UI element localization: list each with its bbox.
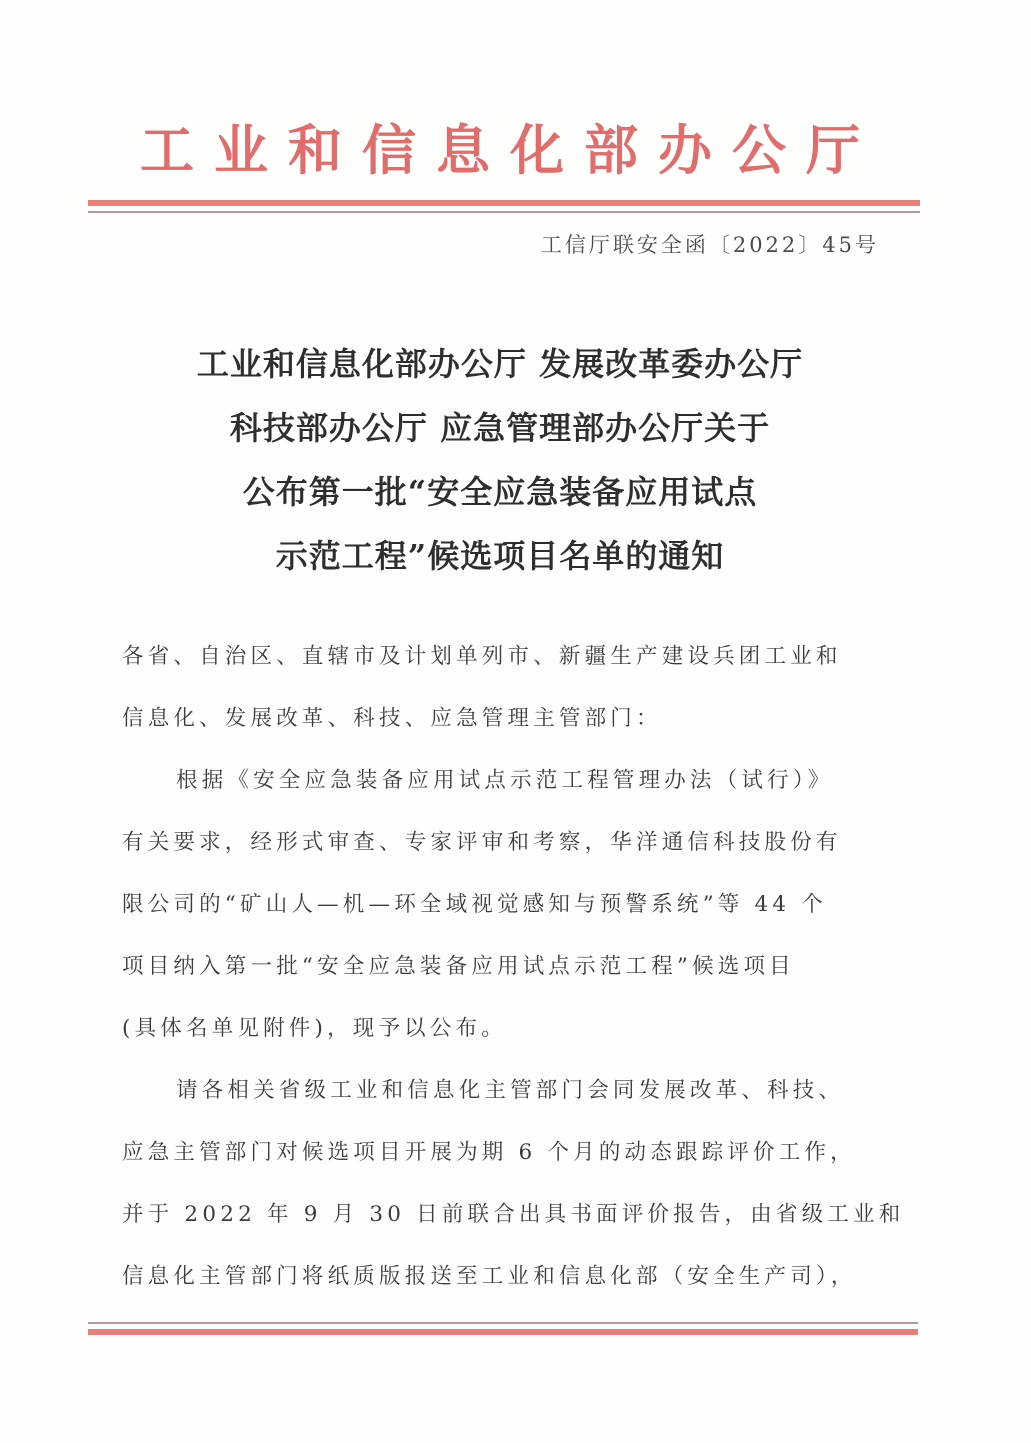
body-line: 项目纳入第一批“安全应急装备应用试点示范工程”候选项目 [122,936,882,998]
document-number: 工信厅联安全函〔2022〕45号 [541,230,879,260]
masthead-char: 部 [584,118,638,182]
title-line: 示范工程”候选项目名单的通知 [0,524,1000,588]
masthead-char: 化 [510,118,564,182]
masthead-title: 工 业 和 信 息 化 部 办 公 厅 [140,118,860,182]
body-line: 应急主管部门对候选项目开展为期 6 个月的动态跟踪评价工作， [122,1122,882,1184]
paragraph-1: 根据《安全应急装备应用试点示范工程管理办法（试行）》 有关要求，经形式审查、专家… [122,750,882,1060]
masthead-char: 公 [732,118,786,182]
masthead-char: 工 [140,118,194,182]
document-body: 各省、自治区、直辖市及计划单列市、新疆生产建设兵团工业和 信息化、发展改革、科技… [122,626,882,1308]
body-line: 请各相关省级工业和信息化主管部门会同发展改革、科技、 [122,1060,882,1122]
masthead-char: 业 [214,118,268,182]
document-page: 工 业 和 信 息 化 部 办 公 厅 工信厅联安全函〔2022〕45号 工业和… [0,0,1031,1443]
body-line: 各省、自治区、直辖市及计划单列市、新疆生产建设兵团工业和 [122,626,882,688]
body-line: 根据《安全应急装备应用试点示范工程管理办法（试行）》 [122,750,882,812]
masthead-char: 办 [658,118,712,182]
masthead-rule-thick [88,200,920,206]
paragraph-2: 请各相关省级工业和信息化主管部门会同发展改革、科技、 应急主管部门对候选项目开展… [122,1060,882,1308]
masthead-rule-thin [88,211,920,213]
masthead-char: 厅 [806,118,860,182]
document-title: 工业和信息化部办公厅 发展改革委办公厅 科技部办公厅 应急管理部办公厅关于 公布… [0,332,1000,588]
body-line: 信息化、发展改革、科技、应急管理主管部门： [122,688,882,750]
title-line: 科技部办公厅 应急管理部办公厅关于 [0,396,1000,460]
masthead-char: 和 [288,118,342,182]
salutation: 各省、自治区、直辖市及计划单列市、新疆生产建设兵团工业和 信息化、发展改革、科技… [122,626,882,750]
masthead-char: 信 [362,118,416,182]
body-line: 并于 2022 年 9 月 30 日前联合出具书面评价报告，由省级工业和 [122,1184,882,1246]
title-line: 公布第一批“安全应急装备应用试点 [0,460,1000,524]
body-line: 信息化主管部门将纸质版报送至工业和信息化部（安全生产司）， [122,1246,882,1308]
body-line: (具体名单见附件)，现予以公布。 [122,998,882,1060]
body-line: 有关要求，经形式审查、专家评审和考察，华洋通信科技股份有 [122,812,882,874]
masthead-char: 息 [436,118,490,182]
footer-rule-thin [88,1322,918,1324]
title-line: 工业和信息化部办公厅 发展改革委办公厅 [0,332,1000,396]
body-line: 限公司的“矿山人—机—环全域视觉感知与预警系统”等 44 个 [122,874,882,936]
footer-rule-thick [88,1329,918,1335]
